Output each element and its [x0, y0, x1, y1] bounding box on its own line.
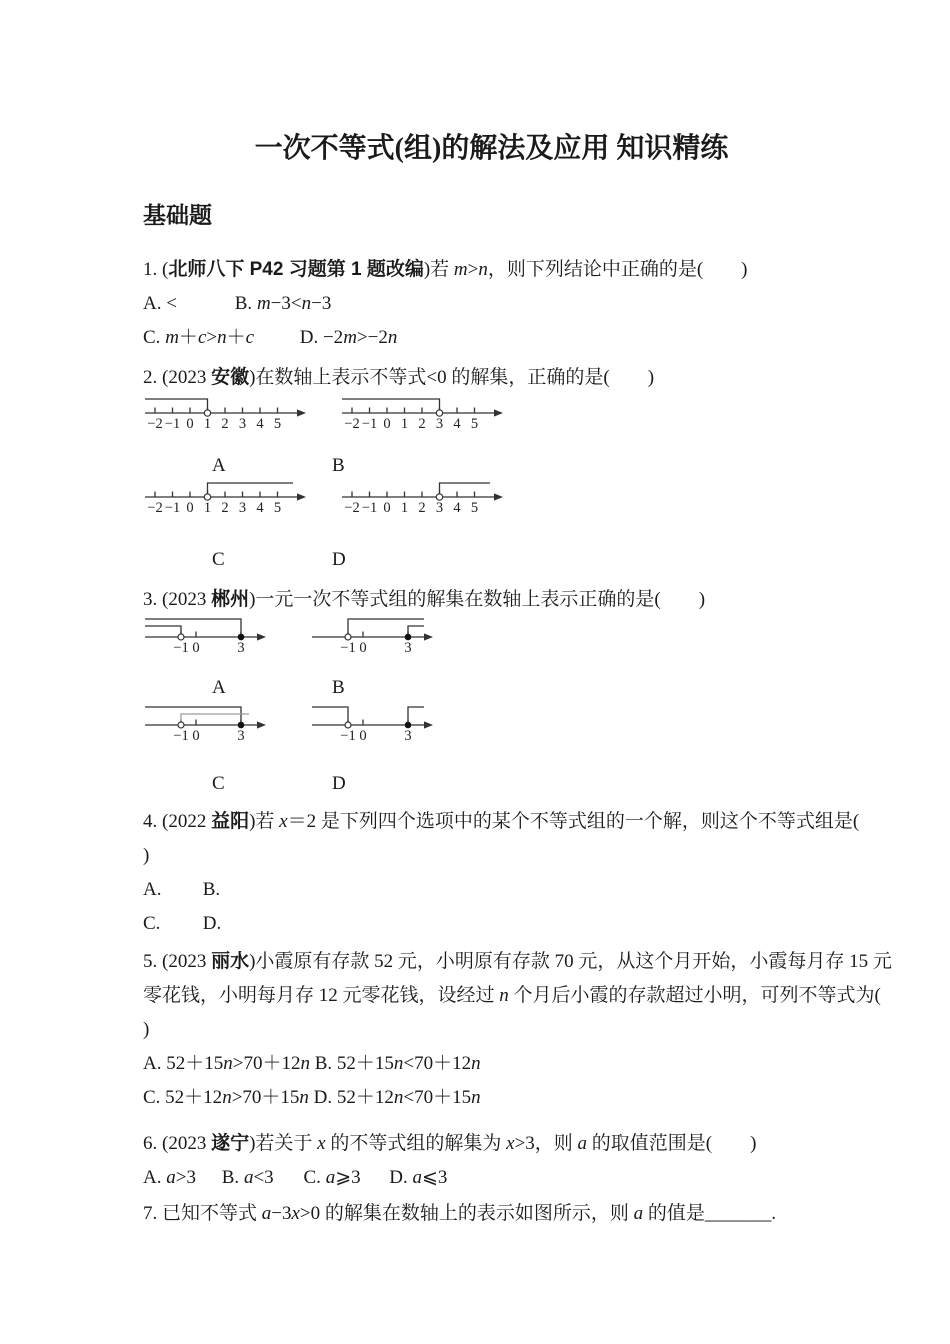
tick-label: 0	[359, 728, 366, 744]
question-1: 1. (北师八下 P42 习题第 1 题改编)若 m>n，则下列结论中正确的是(…	[143, 253, 840, 355]
tick-label: 2	[221, 416, 228, 431]
tick-label: 2	[418, 500, 425, 515]
option-b: B. m−3<n−3	[235, 287, 332, 321]
question-2-text: 2. (2023 安徽)在数轴上表示不等式<0 的解集，正确的是( )	[143, 361, 840, 395]
tick-label: −1	[340, 728, 355, 744]
tick-label: 4	[256, 500, 264, 515]
question-2: 2. (2023 安徽)在数轴上表示不等式<0 的解集，正确的是( ) −2 −…	[143, 361, 840, 577]
arrow-icon	[494, 409, 503, 416]
tick-label: −1	[173, 728, 188, 744]
closed-dot	[238, 722, 244, 728]
solution-ray-right	[440, 483, 491, 493]
option-c: C.	[143, 907, 198, 941]
arrow-icon	[494, 493, 503, 500]
solution-ray-right	[181, 714, 249, 721]
question-6: 6. (2023 遂宁)若关于 x 的不等式组的解集为 x>3，则 a 的取值范…	[143, 1127, 840, 1195]
question-5: 5. (2023 丽水)小霞原有存款 52 元，小明原有存款 70 元，从这个月…	[143, 945, 840, 1115]
tick-label: −1	[165, 500, 180, 515]
tick-label: 2	[221, 500, 228, 515]
tick-label: 3	[436, 500, 443, 515]
option-d: D.	[203, 907, 221, 941]
question-1-options-row-2: C. m＋c>n＋c D. −2m>−2n	[143, 321, 840, 355]
question-4-text-line-2: )	[143, 839, 840, 873]
tick-label: 0	[359, 640, 366, 656]
tick-label: 0	[186, 500, 193, 515]
arrow-icon	[424, 721, 433, 728]
option-c: C. 52＋12n>70＋15n	[143, 1081, 309, 1115]
question-1-options-row-1: A. < B. m−3<n−3	[143, 287, 840, 321]
question-6-options-row: A. a>3 B. a<3 C. a⩾3 D. a⩽3	[143, 1161, 840, 1195]
diagram-label-c: C	[212, 543, 332, 577]
tick-label: 5	[274, 416, 281, 431]
tick-label: −2	[344, 416, 359, 431]
closed-dot	[405, 722, 411, 728]
tick-label: 3	[436, 416, 443, 431]
solution-ray-left	[145, 626, 181, 633]
tick-label: 1	[204, 500, 211, 515]
option-a: A. a>3	[143, 1161, 217, 1195]
question-4: 4. (2022 益阳)若 x＝2 是下列四个选项中的某个不等式组的一个解，则这…	[143, 805, 840, 941]
tick-label: 3	[404, 728, 411, 744]
question-7: 7. 已知不等式 a−3x>0 的解集在数轴上的表示如图所示，则 a 的值是__…	[143, 1197, 840, 1231]
tick-label: 1	[401, 500, 408, 515]
number-line-option-a: −2 −1 0 1 2 3 4 5	[143, 391, 308, 431]
tick-label: 5	[274, 500, 281, 515]
closed-dot	[405, 634, 411, 640]
tick-label: 4	[453, 416, 461, 431]
arrow-icon	[297, 493, 306, 500]
tick-label: 1	[204, 416, 211, 431]
number-line-option-c: −2 −1 0 1 2 3 4 5	[143, 475, 308, 515]
question-5-text-line-2: 零花钱，小明每月存 12 元零花钱，设经过 n 个月后小霞的存款超过小明，可列不…	[143, 979, 840, 1013]
tick-label: 0	[383, 416, 390, 431]
option-a: A.	[143, 873, 198, 907]
diagram-label-c: C	[212, 767, 332, 801]
number-line-option-c: −1 0 3	[143, 699, 273, 745]
question-5-options-row-2: C. 52＋12n>70＋15n D. 52＋12n<70＋15n	[143, 1081, 840, 1115]
option-c: C. m＋c>n＋c	[143, 321, 295, 355]
option-a: A. <	[143, 287, 230, 321]
tick-label: 5	[471, 416, 478, 431]
question-5-text-line-1: 5. (2023 丽水)小霞原有存款 52 元，小明原有存款 70 元，从这个月…	[143, 945, 840, 979]
page-title: 一次不等式(组)的解法及应用 知识精练	[143, 131, 840, 167]
question-3-diagram-labels-cd: CD	[143, 767, 840, 801]
question-1-text: 1. (北师八下 P42 习题第 1 题改编)若 m>n，则下列结论中正确的是(…	[143, 253, 840, 287]
tick-label: 3	[404, 640, 411, 656]
worksheet-page: 一次不等式(组)的解法及应用 知识精练 基础题 1. (北师八下 P42 习题第…	[0, 0, 950, 1231]
tick-label: 5	[471, 500, 478, 515]
solution-ray-left	[342, 399, 440, 409]
option-c: C. a⩾3	[304, 1161, 385, 1195]
question-7-text: 7. 已知不等式 a−3x>0 的解集在数轴上的表示如图所示，则 a 的值是__…	[143, 1197, 840, 1231]
section-heading: 基础题	[143, 201, 840, 231]
tick-label: −1	[165, 416, 180, 431]
tick-label: 1	[401, 416, 408, 431]
closed-dot	[238, 634, 244, 640]
tick-label: −1	[362, 416, 377, 431]
arrow-icon	[257, 721, 266, 728]
option-b: B. 52＋15n<70＋12n	[315, 1047, 481, 1081]
question-4-text-line-1: 4. (2022 益阳)若 x＝2 是下列四个选项中的某个不等式组的一个解，则这…	[143, 805, 840, 839]
tick-label: 0	[192, 728, 199, 744]
tick-label: 0	[192, 640, 199, 656]
tick-label: −2	[147, 416, 162, 431]
diagram-label-d: D	[332, 543, 452, 577]
tick-label: −2	[344, 500, 359, 515]
question-5-options-row-1: A. 52＋15n>70＋12n B. 52＋15n<70＋12n	[143, 1047, 840, 1081]
tick-label: 3	[237, 640, 244, 656]
arrow-icon	[297, 409, 306, 416]
tick-label: −1	[173, 640, 188, 656]
question-5-text-line-3: )	[143, 1013, 840, 1047]
solution-ray-right	[408, 707, 424, 722]
arrow-icon	[424, 633, 433, 640]
option-a: A. 52＋15n>70＋12n	[143, 1047, 310, 1081]
solution-ray-right	[208, 483, 294, 493]
number-line-option-d: −1 0 3	[310, 699, 440, 745]
question-2-diagram-labels-cd: CD	[143, 543, 840, 577]
tick-label: −1	[340, 640, 355, 656]
question-2-diagrams-row-1: −2 −1 0 1 2 3 4 5 −2 −1 0	[143, 391, 840, 431]
tick-label: 3	[239, 500, 246, 515]
tick-label: 4	[453, 500, 461, 515]
option-b: B. a<3	[222, 1161, 299, 1195]
tick-label: −2	[147, 500, 162, 515]
option-d: D. −2m>−2n	[300, 321, 398, 355]
option-d: D. a⩽3	[389, 1161, 447, 1195]
question-3: 3. (2023 郴州)一元一次不等式组的解集在数轴上表示正确的是( ) −1 …	[143, 583, 840, 801]
question-6-text: 6. (2023 遂宁)若关于 x 的不等式组的解集为 x>3，则 a 的取值范…	[143, 1127, 840, 1161]
tick-label: 0	[186, 416, 193, 431]
number-line-option-d: −2 −1 0 1 2 3 4 5	[340, 475, 505, 515]
number-line-option-b: −1 0 3	[310, 611, 440, 657]
tick-label: 4	[256, 416, 264, 431]
solution-ray-right	[408, 626, 424, 634]
question-4-options-row-1: A. B.	[143, 873, 840, 907]
question-4-options-row-2: C. D.	[143, 907, 840, 941]
number-line-option-a: −1 0 3	[143, 611, 273, 657]
solution-ray-left	[312, 707, 348, 721]
arrow-icon	[257, 633, 266, 640]
question-2-diagrams-row-2: −2 −1 0 1 2 3 4 5 −2 −1 0	[143, 475, 840, 515]
number-line-option-b: −2 −1 0 1 2 3 4 5	[340, 391, 505, 431]
tick-label: −1	[362, 500, 377, 515]
option-d: D. 52＋12n<70＋15n	[314, 1081, 481, 1115]
diagram-label-d: D	[332, 767, 452, 801]
question-3-diagrams-row-1: −1 0 3 −1 0 3	[143, 611, 840, 657]
tick-label: 3	[239, 416, 246, 431]
tick-label: 0	[383, 500, 390, 515]
tick-label: 3	[237, 728, 244, 744]
option-b: B.	[203, 873, 220, 907]
tick-label: 2	[418, 416, 425, 431]
question-3-diagrams-row-2: −1 0 3 −1 0 3	[143, 699, 840, 745]
